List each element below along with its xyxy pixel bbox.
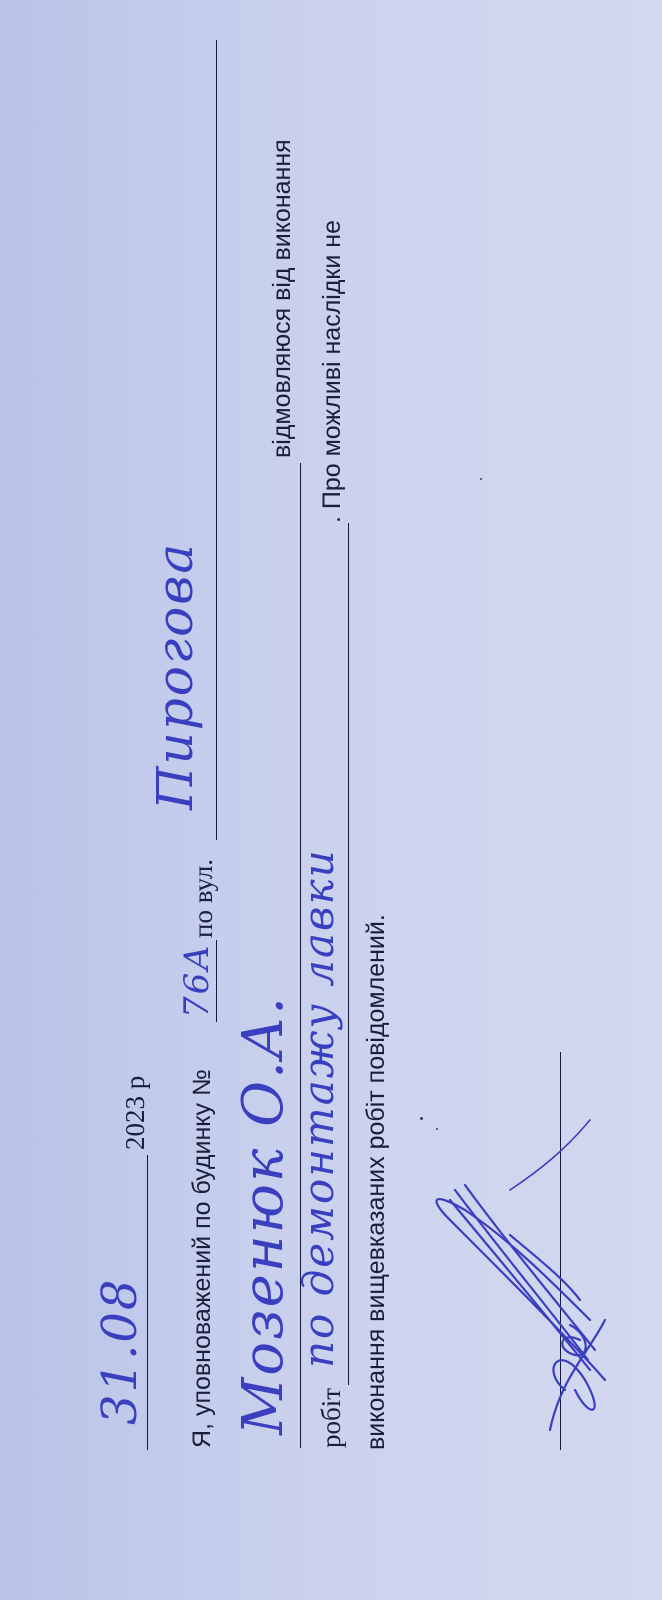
- handwritten-street: Пирогова: [150, 542, 200, 810]
- works-underline: [348, 523, 349, 1385]
- handwritten-works: по демонтажу лавки: [298, 848, 340, 1368]
- notified-text: виконання вищевказаних робіт повідомлени…: [364, 914, 389, 1450]
- handwritten-date: 31.08: [96, 1278, 144, 1425]
- handwritten-name: Мозенюк О.А.: [236, 995, 292, 1435]
- document-photo: 31.08 2023 р Я, уповноважений по будинку…: [0, 0, 662, 1600]
- paper-speck: [436, 1128, 438, 1130]
- street-underline: [216, 40, 217, 840]
- paper-speck: [480, 478, 482, 480]
- handwritten-house-number: 76А: [180, 943, 214, 1018]
- paper-speck: [330, 488, 332, 490]
- works-label: робіт: [318, 1388, 345, 1448]
- paper-speck: [420, 1117, 423, 1120]
- authorized-person-intro: Я, уповноважений по будинку №: [190, 1069, 215, 1448]
- paper-sheet: 31.08 2023 р Я, уповноважений по будинку…: [0, 0, 662, 1600]
- street-label: по вул.: [190, 859, 217, 938]
- refusal-text: відмовляюся від виконання: [270, 139, 295, 458]
- consequences-text: . Про можливі наслідки не: [320, 220, 345, 523]
- signature-scribble: [390, 1030, 620, 1450]
- year-label: 2023 р: [122, 1076, 149, 1150]
